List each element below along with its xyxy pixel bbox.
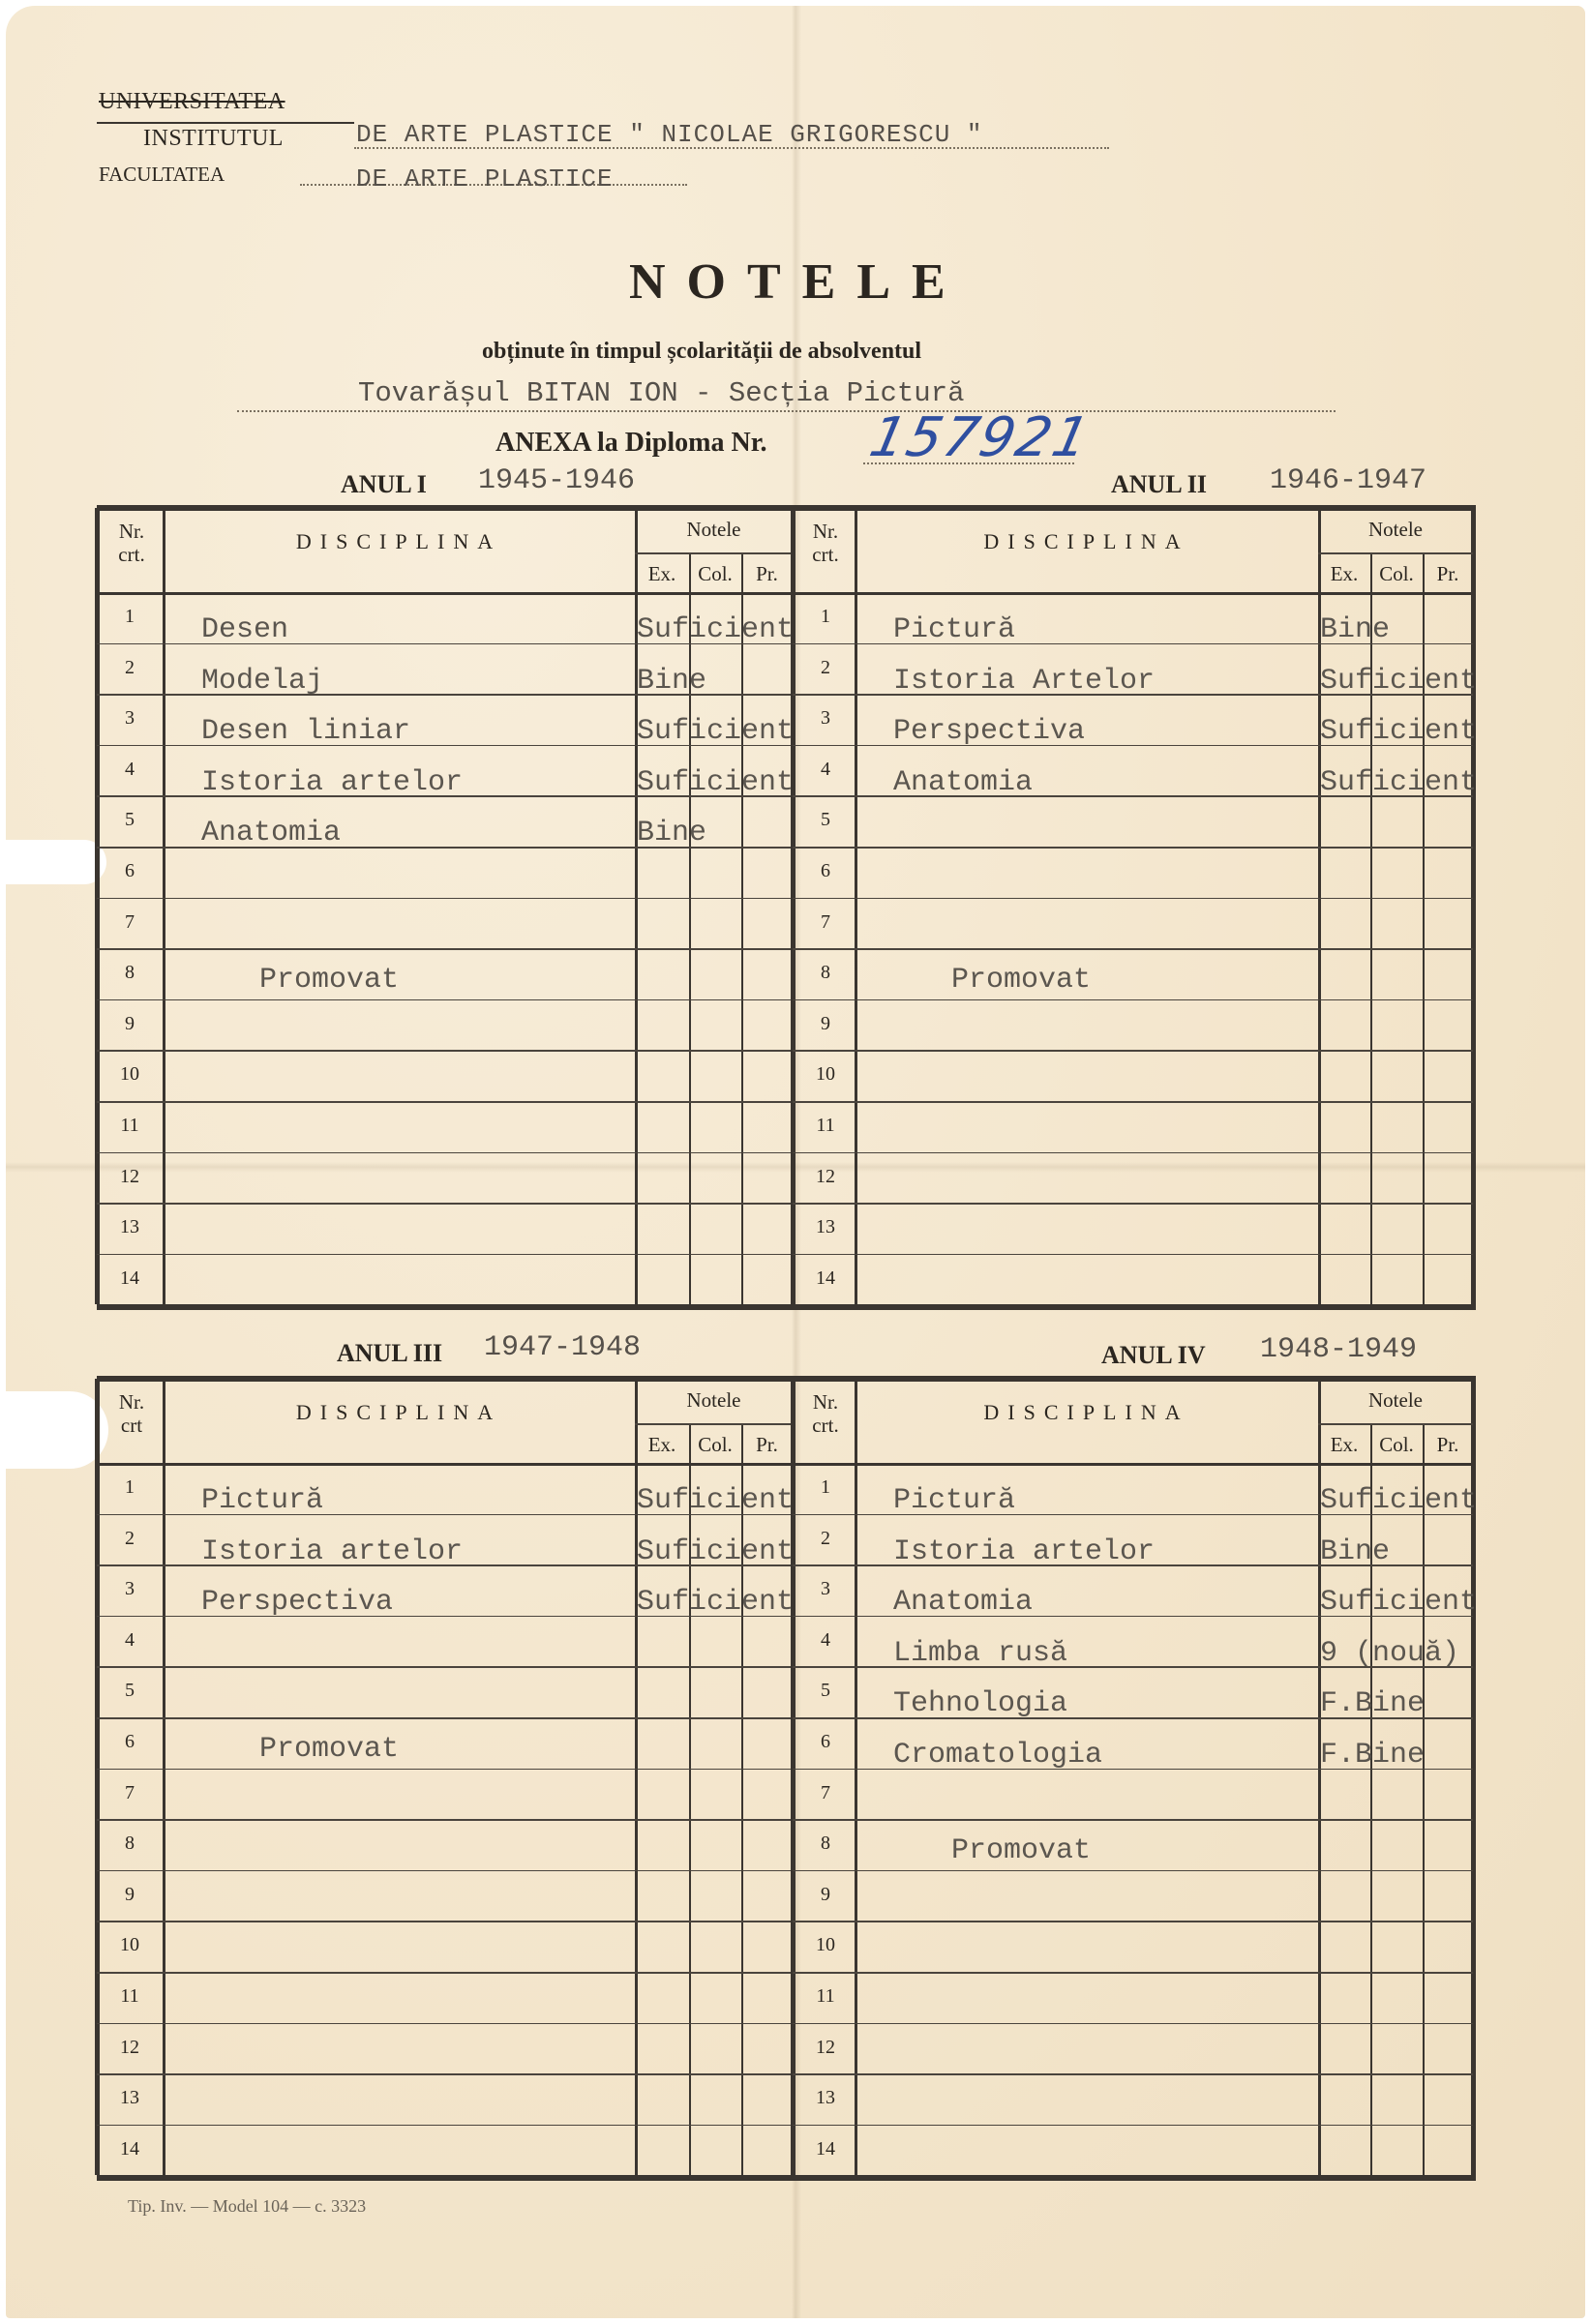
row-divider: [97, 1203, 793, 1205]
row-number: 13: [793, 2087, 858, 2109]
row-number: 13: [793, 1216, 858, 1238]
page-title: NOTELE: [629, 253, 967, 311]
pr-header: Pr.: [741, 562, 793, 586]
diploma-number: 157921: [864, 406, 1096, 469]
subject-name: Limba rusă: [893, 1637, 1067, 1670]
row-number: 3: [793, 1578, 858, 1600]
row-number: 2: [97, 1528, 163, 1550]
row-number: 6: [97, 1731, 163, 1753]
table-year-2-border-right: [1471, 508, 1476, 1304]
punch-hole: [0, 840, 106, 884]
student-name-line: Tovarășul BITAN ION - Secția Pictură: [358, 377, 965, 409]
row-divider: [97, 2023, 793, 2025]
row-number: 10: [97, 1063, 163, 1086]
row-divider: [97, 898, 793, 900]
punch-hole: [0, 1391, 108, 1469]
notele-header: Notele: [1318, 518, 1473, 542]
row-number: 4: [793, 759, 858, 781]
row-number: 11: [793, 1985, 858, 2008]
row-divider: [97, 1717, 793, 1719]
row-number: 8: [793, 962, 858, 984]
row-number: 14: [97, 2138, 163, 2160]
row-divider: [793, 999, 1473, 1001]
col-header: Col.: [1370, 1433, 1423, 1457]
ex-header: Ex.: [1318, 1433, 1370, 1457]
notele-underline: [1318, 552, 1473, 554]
row-divider: [793, 948, 1473, 950]
promotion-status: Promovat: [259, 964, 399, 997]
row-number: 10: [793, 1063, 858, 1086]
notele-header: Notele: [635, 1388, 793, 1413]
row-divider: [97, 1152, 793, 1154]
row-number: 5: [793, 809, 858, 831]
row-number: 7: [793, 1782, 858, 1804]
row-number: 5: [97, 809, 163, 831]
subject-name: Anatomia: [201, 817, 341, 849]
row-number: 12: [793, 2037, 858, 2059]
year-3-period: 1947-1948: [484, 1331, 641, 1364]
disciplina-header: DISCIPLINA: [855, 1400, 1318, 1425]
row-number: 6: [97, 860, 163, 882]
row-number: 11: [97, 1115, 163, 1137]
subject-grade: Bine: [637, 665, 706, 698]
subject-grade: F.Bine: [1320, 1687, 1425, 1720]
row-divider: [793, 1101, 1473, 1103]
ex-header: Ex.: [1318, 562, 1370, 586]
notele-underline: [1318, 1423, 1473, 1425]
promotion-status: Promovat: [951, 964, 1091, 997]
row-number: 6: [793, 860, 858, 882]
nr-header: Nr.: [99, 520, 165, 543]
row-number: 7: [793, 911, 858, 934]
subject-grade: Suficient: [637, 1535, 794, 1568]
subject-grade: Suficient: [1320, 665, 1477, 698]
row-number: 1: [793, 1476, 858, 1499]
pr-header: Pr.: [1423, 1433, 1473, 1457]
year-1-label: ANUL I: [341, 470, 427, 499]
subject-name: Anatomia: [893, 766, 1033, 799]
annex-label: ANEXA la Diploma Nr.: [495, 428, 767, 459]
nr-header: Nr.: [795, 520, 856, 543]
promotion-status: Promovat: [951, 1834, 1091, 1867]
row-number: 8: [793, 1832, 858, 1855]
row-number: 13: [97, 1216, 163, 1238]
subject-grade: Suficient: [637, 766, 794, 799]
row-number: 13: [97, 2087, 163, 2109]
disciplina-header: DISCIPLINA: [163, 1400, 635, 1425]
row-divider: [793, 1203, 1473, 1205]
row-number: 9: [793, 1013, 858, 1035]
row-divider: [97, 1769, 793, 1771]
subject-name: Desen liniar: [201, 715, 410, 748]
row-divider: [793, 1972, 1473, 1974]
row-number: 9: [793, 1884, 858, 1906]
year-3-label: ANUL III: [337, 1339, 442, 1368]
table-top-border: [97, 505, 1476, 511]
row-number: 5: [793, 1680, 858, 1702]
year-4-label: ANUL IV: [1101, 1341, 1206, 1370]
subject-grade: F.Bine: [1320, 1739, 1425, 1772]
year-2-period: 1946-1947: [1270, 464, 1426, 497]
row-number: 3: [97, 1578, 163, 1600]
table-year-3-divider: [163, 1379, 165, 2175]
row-number: 5: [97, 1680, 163, 1702]
subject-name: Istoria artelor: [201, 1535, 463, 1568]
row-number: 4: [97, 759, 163, 781]
row-number: 8: [97, 962, 163, 984]
row-number: 9: [97, 1013, 163, 1035]
subject-grade: Suficient: [637, 715, 794, 748]
row-divider: [97, 1819, 793, 1821]
table-bottom-border: [97, 2175, 1476, 2181]
subject-name: Anatomia: [893, 1586, 1033, 1619]
notele-underline: [635, 1423, 793, 1425]
subject-name: Pictură: [201, 1484, 323, 1517]
subject-grade: Bine: [637, 817, 706, 849]
subject-grade: Suficient: [637, 613, 794, 646]
subject-grade: Bine: [1320, 613, 1390, 646]
year-1-period: 1945-1946: [478, 464, 635, 497]
row-number: 11: [793, 1115, 858, 1137]
institute-label: INSTITUTUL: [143, 126, 284, 152]
row-number: 7: [97, 911, 163, 934]
ex-header: Ex.: [635, 562, 689, 586]
row-number: 2: [793, 1528, 858, 1550]
row-number: 7: [97, 1782, 163, 1804]
row-divider: [793, 847, 1473, 849]
row-divider: [97, 2073, 793, 2075]
year-2-label: ANUL II: [1111, 470, 1207, 499]
table-year-4-divider: [1423, 1425, 1425, 2175]
subject-name: Desen: [201, 613, 288, 646]
row-divider: [97, 948, 793, 950]
row-number: 10: [97, 1934, 163, 1956]
row-divider: [97, 1050, 793, 1052]
disciplina-header: DISCIPLINA: [855, 529, 1318, 554]
faculty-label: FACULTATEA: [99, 163, 225, 187]
row-number: 1: [97, 1476, 163, 1499]
row-divider: [97, 1101, 793, 1103]
row-number: 9: [97, 1884, 163, 1906]
subject-name: Pictură: [893, 613, 1015, 646]
row-divider: [793, 1254, 1473, 1256]
row-divider: [793, 1050, 1473, 1052]
subject-name: Istoria artelor: [201, 766, 463, 799]
subject-name: Perspectiva: [893, 715, 1085, 748]
year-4-period: 1948-1949: [1260, 1333, 1417, 1366]
row-number: 12: [97, 1166, 163, 1188]
student-dotted-line: [237, 410, 1336, 412]
row-number: 1: [793, 606, 858, 628]
subject-name: Pictură: [893, 1484, 1015, 1517]
subject-name: Perspectiva: [201, 1586, 393, 1619]
row-divider: [793, 898, 1473, 900]
subject-grade: Suficient: [1320, 766, 1477, 799]
notele-header: Notele: [635, 518, 793, 542]
notele-underline: [635, 552, 793, 554]
row-number: 12: [97, 2037, 163, 2059]
subject-name: Istoria artelor: [893, 1535, 1155, 1568]
subject-grade: Suficient: [1320, 1586, 1477, 1619]
row-divider: [97, 1972, 793, 1974]
nr-header: Nr.: [99, 1390, 165, 1414]
crt-header: crt.: [795, 543, 856, 566]
ex-header: Ex.: [635, 1433, 689, 1457]
pr-header: Pr.: [741, 1433, 793, 1457]
table-bottom-border: [97, 1304, 1476, 1310]
table-year-1-divider: [741, 554, 743, 1304]
university-label: UNIVERSITATEA: [99, 89, 285, 115]
row-number: 3: [97, 707, 163, 730]
subtitle: obținute în timpul școlarității de absol…: [482, 339, 921, 365]
row-divider: [793, 1152, 1473, 1154]
row-divider: [793, 2023, 1473, 2025]
notele-header: Notele: [1318, 1388, 1473, 1413]
subject-name: Modelaj: [201, 665, 323, 698]
promotion-status: Promovat: [259, 1733, 399, 1766]
col-header: Col.: [689, 1433, 741, 1457]
row-divider: [97, 2125, 793, 2127]
row-number: 14: [793, 2138, 858, 2160]
row-number: 4: [97, 1629, 163, 1652]
row-divider: [97, 999, 793, 1001]
institute-name: DE ARTE PLASTICE " NICOLAE GRIGORESCU ": [356, 120, 983, 149]
row-number: 2: [97, 657, 163, 679]
header-separator: [97, 592, 1473, 595]
crt-header: crt.: [795, 1414, 856, 1437]
subject-grade: Suficient: [637, 1484, 794, 1517]
faculty-name: DE ARTE PLASTICE: [356, 164, 614, 194]
row-number: 11: [97, 1985, 163, 2008]
subject-grade: Suficient: [1320, 715, 1477, 748]
row-number: 10: [793, 1934, 858, 1956]
row-number: 12: [793, 1166, 858, 1188]
subject-grade: Bine: [1320, 1535, 1390, 1568]
crt-header: crt.: [99, 543, 165, 566]
pr-header: Pr.: [1423, 562, 1473, 586]
nr-header: Nr.: [795, 1390, 856, 1414]
row-divider: [97, 1254, 793, 1256]
header-rule: [97, 122, 354, 124]
table-year-1-divider: [163, 508, 165, 1304]
row-divider: [97, 1666, 793, 1668]
row-divider: [793, 1921, 1473, 1922]
row-divider: [793, 2125, 1473, 2127]
row-number: 1: [97, 606, 163, 628]
col-header: Col.: [1370, 562, 1423, 586]
row-number: 2: [793, 657, 858, 679]
row-divider: [97, 1921, 793, 1922]
subject-grade: Suficient: [637, 1586, 794, 1619]
row-number: 4: [793, 1629, 858, 1652]
table-top-border: [97, 1376, 1476, 1382]
row-number: 14: [97, 1267, 163, 1290]
subject-name: Tehnologia: [893, 1687, 1067, 1720]
row-divider: [793, 1870, 1473, 1872]
subject-name: Istoria Artelor: [893, 665, 1155, 698]
print-footer: Tip. Inv. — Model 104 — c. 3323: [128, 2196, 366, 2217]
row-number: 8: [97, 1832, 163, 1855]
header-separator: [97, 1463, 1473, 1466]
row-divider: [97, 1870, 793, 1872]
col-header: Col.: [689, 562, 741, 586]
subject-grade: Suficient: [1320, 1484, 1477, 1517]
subject-grade: 9 (nouă): [1320, 1637, 1459, 1670]
disciplina-header: DISCIPLINA: [163, 529, 635, 554]
subject-name: Cromatologia: [893, 1739, 1102, 1772]
row-number: 6: [793, 1731, 858, 1753]
row-number: 3: [793, 707, 858, 730]
row-divider: [793, 1819, 1473, 1821]
row-divider: [793, 2073, 1473, 2075]
row-number: 14: [793, 1267, 858, 1290]
crt-header: crt: [99, 1414, 165, 1437]
